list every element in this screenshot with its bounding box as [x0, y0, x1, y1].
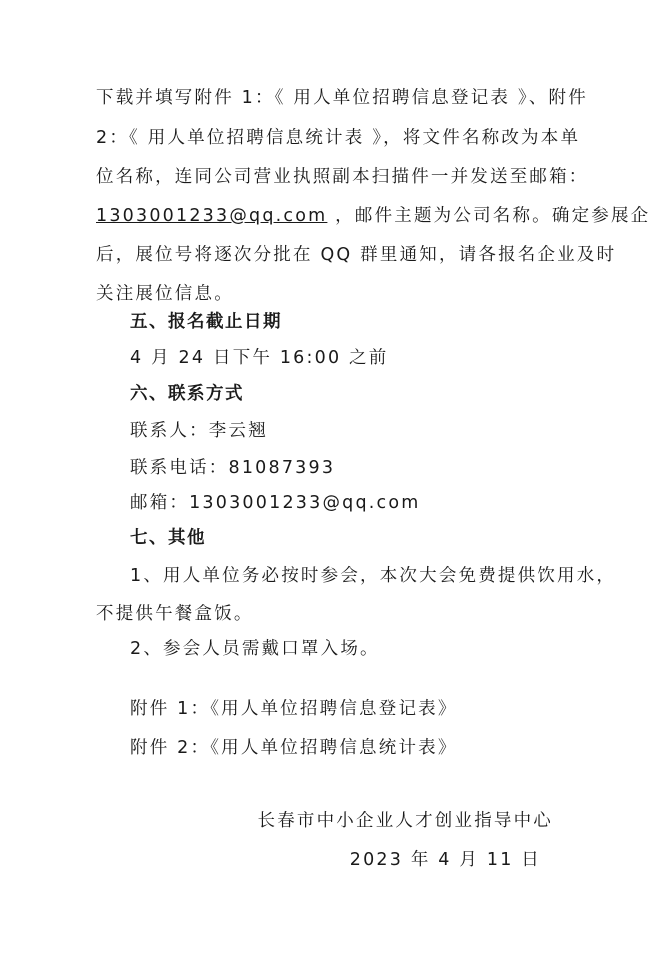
body-text: 2、参会人员需戴口罩入场。 — [130, 637, 380, 661]
body-text: 2：《 用人单位招聘信息统计表 》，将文件名称改为本单 — [96, 126, 580, 150]
section-heading: 六、联系方式 — [130, 382, 244, 406]
section-heading: 七、其他 — [130, 526, 206, 550]
document-page: 下载并填写附件 1：《 用人单位招聘信息登记表 》、附件 2：《 用人单位招聘信… — [0, 0, 649, 960]
section-heading: 五、报名截止日期 — [130, 310, 282, 334]
body-text-with-email: 1303001233@qq.com ，邮件主题为公司名称。确定参展企业 — [96, 204, 649, 228]
contact-email: 邮箱：1303001233@qq.com — [130, 491, 421, 515]
signature-organization: 长春市中小企业人才创业指导中心 — [258, 809, 554, 833]
contact-person: 联系人：李云翘 — [130, 419, 268, 443]
signature-date: 2023 年 4 月 11 日 — [350, 848, 541, 872]
body-text: 关注展位信息。 — [96, 282, 234, 306]
deadline-text: 4 月 24 日下午 16:00 之前 — [130, 346, 388, 370]
attachment-item: 附件 2：《用人单位招聘信息统计表》 — [130, 736, 458, 760]
email-link[interactable]: 1303001233@qq.com — [96, 206, 327, 226]
body-text: 下载并填写附件 1：《 用人单位招聘信息登记表 》、附件 — [96, 86, 588, 110]
contact-phone: 联系电话：81087393 — [130, 456, 335, 480]
body-text: 后，展位号将逐次分批在 QQ 群里通知，请各报名企业及时 — [96, 243, 616, 267]
body-text: 不提供午餐盒饭。 — [96, 602, 254, 626]
body-text: 位名称，连同公司营业执照副本扫描件一并发送至邮箱： — [96, 165, 589, 189]
body-text: ，邮件主题为公司名称。确定参展企业 — [327, 206, 649, 226]
body-text: 1、用人单位务必按时参会，本次大会免费提供饮用水， — [130, 564, 616, 588]
attachment-item: 附件 1：《用人单位招聘信息登记表》 — [130, 697, 458, 721]
